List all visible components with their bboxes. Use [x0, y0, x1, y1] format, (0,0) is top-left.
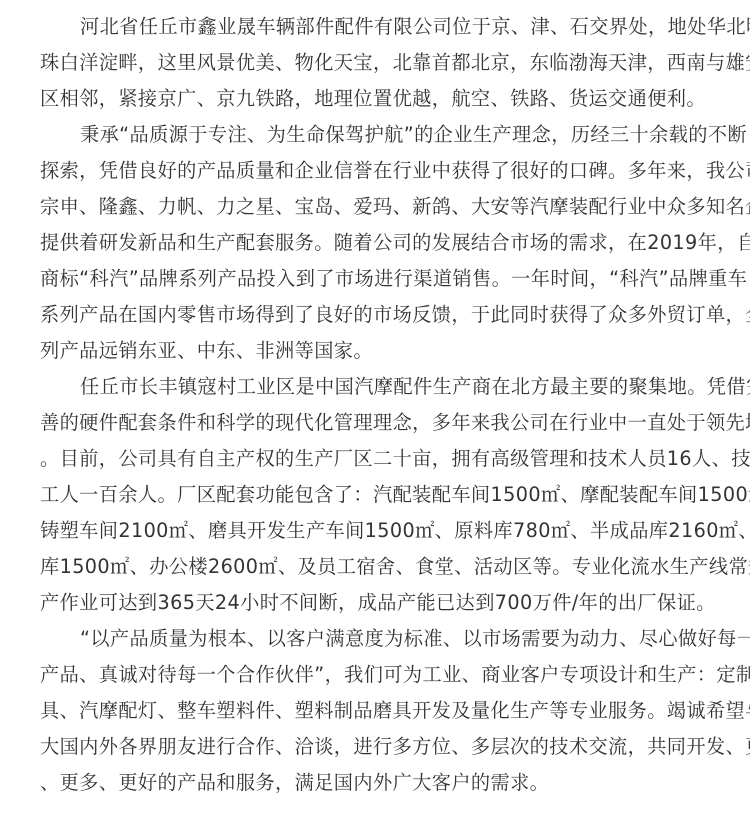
text-line: 列产品远销东亚、中东、非洲等国家。 — [40, 333, 740, 369]
text-line: 探索，凭借良好的产品质量和企业信誉在行业中获得了很好的口碑。多年来，我公司为 — [40, 153, 740, 189]
text-line: “以产品质量为根本、以客户满意度为标准、以市场需要为动力、尽心做好每一件 — [40, 621, 740, 657]
text-line: 商标“科汽”品牌系列产品投入到了市场进行渠道销售。一年时间，“科汽”品牌重车 — [40, 261, 740, 297]
text-line: 善的硬件配套条件和科学的现代化管理理念，多年来我公司在行业中一直处于领先地位 — [40, 405, 740, 441]
paragraph-location: 河北省任丘市鑫业晟车辆部件配件有限公司位于京、津、石交界处，地处华北明 珠白洋淀… — [40, 9, 740, 117]
text-line: 珠白洋淀畔，这里风景优美、物化天宝，北靠首都北京，东临渤海天津，西南与雄安新 — [40, 45, 740, 81]
paragraph-services: “以产品质量为根本、以客户满意度为标准、以市场需要为动力、尽心做好每一件 产品、… — [40, 621, 740, 801]
text-line: 、更多、更好的产品和服务，满足国内外广大客户的需求。 — [40, 765, 740, 801]
text-line: 提供着研发新品和生产配套服务。随着公司的发展结合市场的需求，在2019年，自有 — [40, 225, 740, 261]
text-line: 宗申、隆鑫、力帆、力之星、宝岛、爱玛、新鸽、大安等汽摩装配行业中众多知名企业 — [40, 189, 740, 225]
company-profile-text: 河北省任丘市鑫业晟车辆部件配件有限公司位于京、津、石交界处，地处华北明 珠白洋淀… — [40, 9, 740, 801]
text-line: 区相邻，紧接京广、京九铁路，地理位置优越，航空、铁路、货运交通便利。 — [40, 81, 740, 117]
text-line: 系列产品在国内零售市场得到了良好的市场反馈，于此同时获得了众多外贸订单，全系 — [40, 297, 740, 333]
paragraph-philosophy: 秉承“品质源于专注、为生命保驾护航”的企业生产理念，历经三十余载的不断 探索，凭… — [40, 117, 740, 369]
text-line: 。目前，公司具有自主产权的生产厂区二十亩，拥有高级管理和技术人员16人、技术 — [40, 441, 740, 477]
text-line: 工人一百余人。厂区配套功能包含了：汽配装配车间1500㎡、摩配装配车间1500㎡… — [40, 477, 740, 513]
paragraph-facilities: 任丘市长丰镇寇村工业区是中国汽摩配件生产商在北方最主要的聚集地。凭借完 善的硬件… — [40, 369, 740, 621]
text-line: 大国内外各界朋友进行合作、洽谈，进行多方位、多层次的技术交流，共同开发、更新 — [40, 729, 740, 765]
text-line: 秉承“品质源于专注、为生命保驾护航”的企业生产理念，历经三十余载的不断 — [40, 117, 740, 153]
text-line: 任丘市长丰镇寇村工业区是中国汽摩配件生产商在北方最主要的聚集地。凭借完 — [40, 369, 740, 405]
text-line: 河北省任丘市鑫业晟车辆部件配件有限公司位于京、津、石交界处，地处华北明 — [40, 9, 740, 45]
text-line: 具、汽摩配灯、整车塑料件、塑料制品磨具开发及量化生产等专业服务。竭诚希望与广 — [40, 693, 740, 729]
text-line: 产品、真诚对待每一个合作伙伴”，我们可为工业、商业客户专项设计和生产：定制灯 — [40, 657, 740, 693]
text-line: 库1500㎡、办公楼2600㎡、及员工宿舍、食堂、活动区等。专业化流水生产线常规… — [40, 549, 740, 585]
text-line: 产作业可达到365天24小时不间断，成品产能已达到700万件/年的出厂保证。 — [40, 585, 740, 621]
text-line: 铸塑车间2100㎡、磨具开发生产车间1500㎡、原料库780㎡、半成品库2160… — [40, 513, 740, 549]
